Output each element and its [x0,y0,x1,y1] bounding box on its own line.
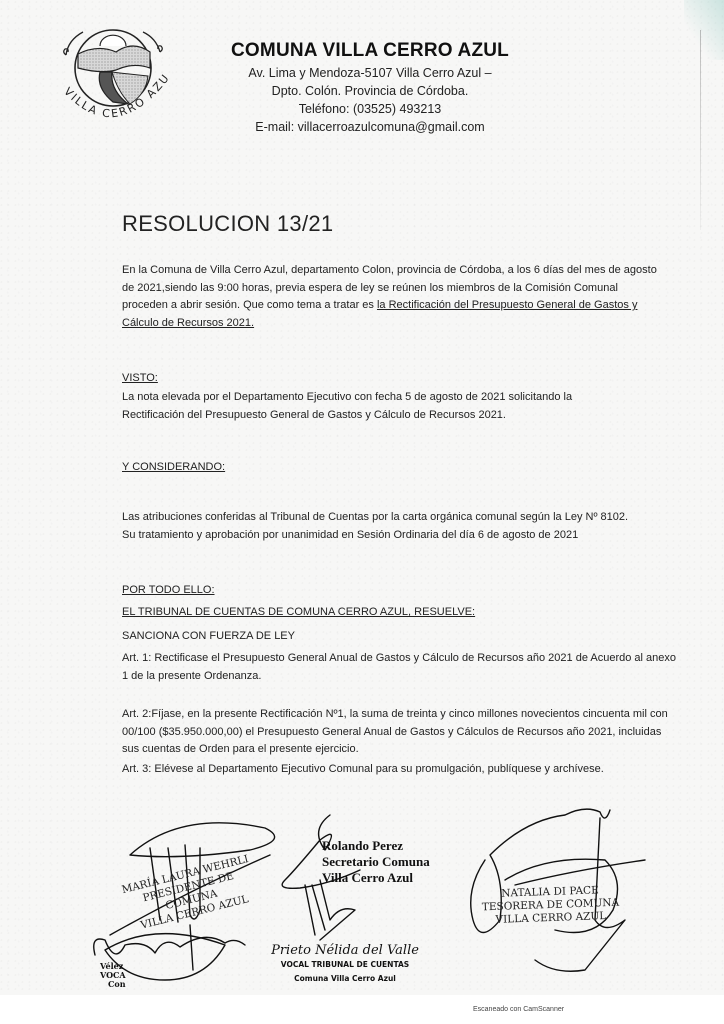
article-3: Art. 3: Elévese al Departamento Ejecutiv… [122,761,702,779]
footer-strip [0,995,724,1024]
signer-role: VOCAL TRIBUNAL DE CUENTAS [250,958,440,972]
address-line: Dpto. Colón. Provincia de Córdoba. [220,82,520,100]
signer-role: Secretario Comuna [322,854,462,870]
visto-heading: VISTO: [122,372,158,384]
signer-name: Prieto Nélida del Valle [250,943,440,958]
considerando-line: Las atribuciones conferidas al Tribunal … [122,509,682,527]
por-todo-ello-heading: POR TODO ELLO: [122,584,215,596]
article-1: Art. 1: Rectificase el Presupuesto Gener… [122,650,677,685]
considerando-line: Su tratamiento y aprobación por unanimid… [122,527,682,545]
signer-org: Villa Cerro Azul [322,870,462,886]
resuelve-heading: EL TRIBUNAL DE CUENTAS DE COMUNA CERRO A… [122,606,475,618]
phone: Teléfono: (03525) 493213 [220,100,520,118]
intro-paragraph: En la Comuna de Villa Cerro Azul, depart… [122,262,662,332]
scan-fold-line [700,30,701,230]
landscape-emblem-icon: VILLA CERRO AZUL [38,10,188,135]
stamp-tesorera: Natalia Di Pace Tesorera de Comuna Villa… [477,883,623,927]
camscanner-watermark: Escaneado con CamScanner [473,1006,564,1013]
signer-org: Con [100,980,126,989]
scan-artifact [684,0,724,60]
signer-name: Rolando Perez [322,838,462,854]
email: E-mail: villacerroazulcomuna@gmail.com [220,118,520,136]
visto-text: La nota elevada por el Departamento Ejec… [122,389,622,424]
stamp-vocal-prieto: Prieto Nélida del Valle VOCAL TRIBUNAL D… [250,943,440,986]
considerando-text: Las atribuciones conferidas al Tribunal … [122,509,682,544]
resolution-title: RESOLUCION 13/21 [122,211,333,237]
scanned-page: VILLA CERRO AZUL COMUNA VILLA CERRO AZUL… [0,0,724,995]
signer-org: Comuna Villa Cerro Azul [250,972,440,986]
stamp-vocal-velez: Vélez VOCA Con [100,962,126,989]
letterhead: COMUNA VILLA CERRO AZUL Av. Lima y Mendo… [220,40,520,136]
stamp-secretario: Rolando Perez Secretario Comuna Villa Ce… [322,838,462,886]
sanciona-text: SANCIONA CON FUERZA DE LEY [122,628,662,646]
address-line: Av. Lima y Mendoza-5107 Villa Cerro Azul… [220,64,520,82]
considerando-heading: Y CONSIDERANDO: [122,461,225,473]
org-name: COMUNA VILLA CERRO AZUL [220,40,520,62]
article-2: Art. 2:Fíjase, en la presente Rectificac… [122,706,677,759]
